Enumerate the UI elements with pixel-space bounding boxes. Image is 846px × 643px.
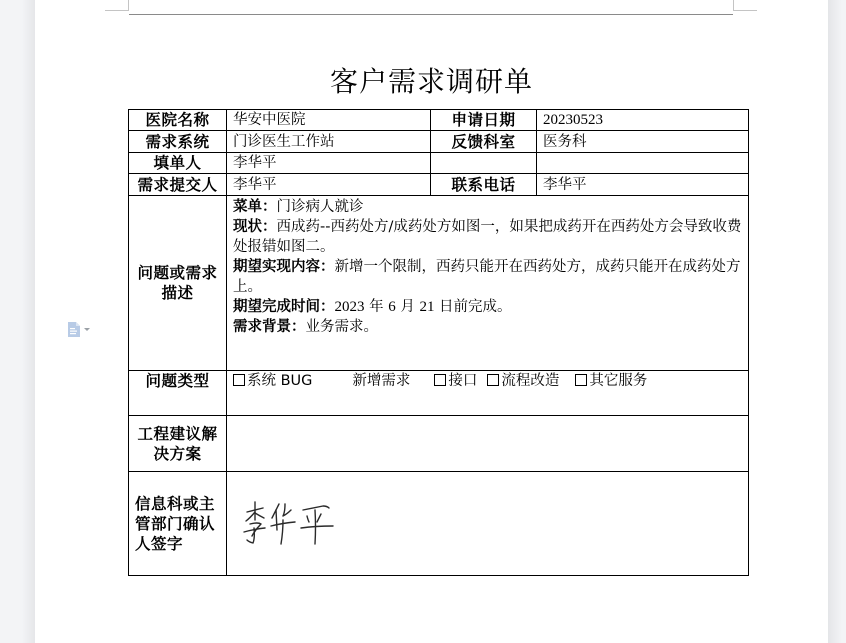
status-line: 现状：西成药--西药处方/成药处方如图一，如果把成药开在西药处方会导致收费处报错… <box>233 217 742 257</box>
hospital-name-value[interactable]: 华安中医院 <box>227 110 431 131</box>
apply-date-label: 申请日期 <box>431 110 537 131</box>
status-label: 现状： <box>233 219 277 235</box>
deadline-month-unit: 月 <box>396 299 420 315</box>
page-shadow-left <box>22 0 36 643</box>
issue-option-new-requirement[interactable]: 新增需求 <box>352 371 410 391</box>
requirement-form-table: 医院名称 华安中医院 申请日期 20230523 需求系统 门诊医生工作站 反馈… <box>128 109 749 576</box>
expected-line: 期望实现内容：新增一个限制，西药只能开在西药处方，成药只能开在成药处方上。 <box>233 257 742 297</box>
issue-option-process[interactable]: 流程改造 <box>487 371 559 391</box>
deadline-year: 2023 <box>335 299 365 315</box>
description-label: 问题或需求 描述 <box>129 196 227 371</box>
contact-phone-value[interactable]: 李华平 <box>537 174 749 196</box>
feedback-dept-label: 反馈科室 <box>431 131 537 153</box>
issue-option-other[interactable]: 其它服务 <box>575 371 647 391</box>
feedback-dept-value[interactable]: 医务科 <box>537 131 749 153</box>
engineering-value[interactable] <box>227 416 749 472</box>
background-value: 业务需求。 <box>306 319 379 335</box>
deadline-day: 21 <box>419 299 434 315</box>
submitter-label: 需求提交人 <box>129 174 227 196</box>
checkbox-icon <box>233 374 245 386</box>
deadline-month: 6 <box>388 299 396 315</box>
table-row: 问题类型 系统 BUG新增需求接口流程改造其它服务 <box>129 371 749 416</box>
handwritten-signature-image <box>241 496 345 552</box>
deadline-suffix: 日前完成。 <box>434 299 511 315</box>
header-divider <box>129 14 733 15</box>
signoff-label: 信息科或主 管部门确认 人签字 <box>129 472 227 576</box>
expected-label: 期望实现内容： <box>233 259 335 275</box>
issue-option-interface[interactable]: 接口 <box>434 371 477 391</box>
signature-cell[interactable] <box>227 472 749 576</box>
description-label-line1: 问题或需求 <box>137 264 217 282</box>
menu-line: 菜单：门诊病人就诊 <box>233 197 742 217</box>
submitter-value[interactable]: 李华平 <box>227 174 431 196</box>
menu-value: 门诊病人就诊 <box>277 199 364 215</box>
system-label: 需求系统 <box>129 131 227 153</box>
document-options-button[interactable] <box>68 321 96 337</box>
table-row: 医院名称 华安中医院 申请日期 20230523 <box>129 110 749 131</box>
table-row: 填单人 李华平 <box>129 153 749 174</box>
margin-corner-top-left <box>105 0 129 11</box>
page-title: 客户需求调研单 <box>35 60 828 100</box>
checkbox-icon <box>575 374 587 386</box>
issue-type-label: 问题类型 <box>129 371 227 416</box>
page-shadow-right <box>828 0 842 643</box>
table-row: 信息科或主 管部门确认 人签字 <box>129 472 749 576</box>
menu-label: 菜单： <box>233 199 277 215</box>
status-value: 西成药--西药处方/成药处方如图一，如果把成药开在西药处方会导致收费处报错如图二… <box>233 219 741 255</box>
deadline-year-unit: 年 <box>365 299 389 315</box>
filler-label: 填单人 <box>129 153 227 174</box>
margin-corner-top-right <box>733 0 757 11</box>
table-row: 问题或需求 描述 菜单：门诊病人就诊 现状：西成药--西药处方/成药处方如图一，… <box>129 196 749 371</box>
document-page: 客户需求调研单 医院名称 华安中医院 申请日期 20230523 需求系统 门诊… <box>35 0 828 643</box>
table-row: 需求提交人 李华平 联系电话 李华平 <box>129 174 749 196</box>
issue-option-bug[interactable]: 系统 BUG <box>233 371 312 391</box>
checkbox-icon <box>434 374 446 386</box>
empty-value-cell[interactable] <box>537 153 749 174</box>
chevron-down-icon <box>84 328 90 331</box>
background-line: 需求背景：业务需求。 <box>233 317 742 337</box>
description-value[interactable]: 菜单：门诊病人就诊 现状：西成药--西药处方/成药处方如图一，如果把成药开在西药… <box>227 196 749 371</box>
empty-label-cell <box>431 153 537 174</box>
engineering-label: 工程建议解 决方案 <box>129 416 227 472</box>
contact-phone-label: 联系电话 <box>431 174 537 196</box>
checkbox-icon <box>487 374 499 386</box>
document-options-icon <box>68 322 80 337</box>
description-label-line2: 描述 <box>161 284 193 302</box>
table-row: 工程建议解 决方案 <box>129 416 749 472</box>
apply-date-value[interactable]: 20230523 <box>537 110 749 131</box>
issue-type-options: 系统 BUG新增需求接口流程改造其它服务 <box>227 371 749 416</box>
system-value[interactable]: 门诊医生工作站 <box>227 131 431 153</box>
background-label: 需求背景： <box>233 319 306 335</box>
deadline-line: 期望完成时间：2023 年 6 月 21 日前完成。 <box>233 297 742 317</box>
hospital-name-label: 医院名称 <box>129 110 227 131</box>
filler-value[interactable]: 李华平 <box>227 153 431 174</box>
table-row: 需求系统 门诊医生工作站 反馈科室 医务科 <box>129 131 749 153</box>
deadline-label: 期望完成时间： <box>233 299 335 315</box>
